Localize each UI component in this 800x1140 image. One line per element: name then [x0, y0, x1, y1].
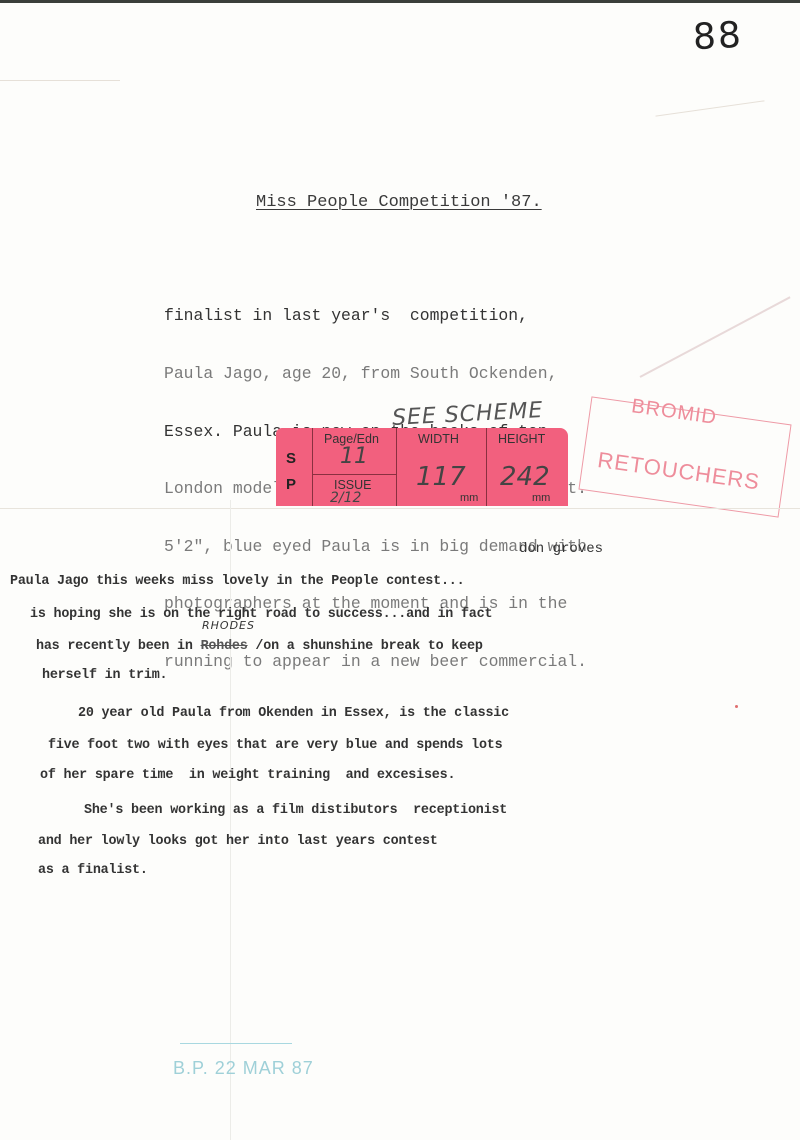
label-divider	[312, 428, 313, 506]
document-title: Miss People Competition '87.	[256, 193, 542, 212]
date-stamp: B.P. 22 MAR 87	[173, 1058, 314, 1079]
paper-flap-edge	[640, 296, 791, 378]
scan-top-edge	[0, 0, 800, 3]
stamp-line-2: RETOUCHERS	[596, 447, 762, 496]
struck-word: Rohdes	[201, 639, 248, 654]
height-header: HEIGHT	[498, 432, 545, 446]
body-line: She's been working as a film distibutors…	[84, 803, 507, 818]
label-s: S	[286, 450, 296, 467]
paper-overlap-edge	[0, 508, 800, 509]
height-unit: mm	[532, 492, 550, 504]
body-line: is hoping she is on the right road to su…	[30, 607, 492, 622]
page-number-handwritten: 88	[692, 15, 744, 59]
stamp-line	[180, 1043, 292, 1044]
body-text: has recently been in	[36, 639, 201, 654]
paper-fold-line	[230, 500, 231, 1140]
body-line: as a finalist.	[38, 863, 148, 878]
body-line: and her lowly looks got her into last ye…	[38, 834, 438, 849]
retouchers-stamp: BROMID RETOUCHERS	[578, 396, 791, 517]
print-size-label: S P Page/Edn 11 ISSUE 2/12 WIDTH 117 mm …	[276, 428, 568, 506]
body-line: 20 year old Paula from Okenden in Essex,…	[78, 706, 509, 721]
body-line: of her spare time in weight training and…	[40, 768, 455, 783]
stamp-line-1: BROMID	[630, 395, 718, 430]
width-unit: mm	[460, 492, 478, 504]
ink-mark	[735, 705, 738, 708]
body-line: herself in trim.	[42, 668, 167, 683]
label-p: P	[286, 476, 296, 493]
author-name: don groves	[519, 541, 603, 557]
issue-value: 2/12	[330, 490, 361, 506]
caption-line: finalist in last year's competition,	[164, 306, 587, 325]
page-edn-value: 11	[340, 444, 368, 469]
body-line: Paula Jago this weeks miss lovely in the…	[10, 574, 464, 589]
body-line-with-correction: has recently been in Rohdes /on a shunsh…	[36, 639, 483, 654]
caption-line: Paula Jago, age 20, from South Ockenden,	[164, 364, 587, 383]
handwritten-correction: RHODES	[202, 619, 255, 632]
height-value: 242	[500, 462, 550, 492]
paper-edge	[655, 100, 764, 116]
caption-line: running to appear in a new beer commerci…	[164, 652, 587, 671]
width-header: WIDTH	[418, 432, 459, 446]
label-divider	[486, 428, 487, 506]
label-divider	[396, 428, 397, 506]
width-value: 117	[416, 462, 466, 492]
body-line: five foot two with eyes that are very bl…	[48, 738, 502, 753]
body-text: /on a shunshine break to keep	[248, 639, 483, 654]
label-divider	[312, 474, 396, 475]
paper-edge	[0, 80, 120, 81]
